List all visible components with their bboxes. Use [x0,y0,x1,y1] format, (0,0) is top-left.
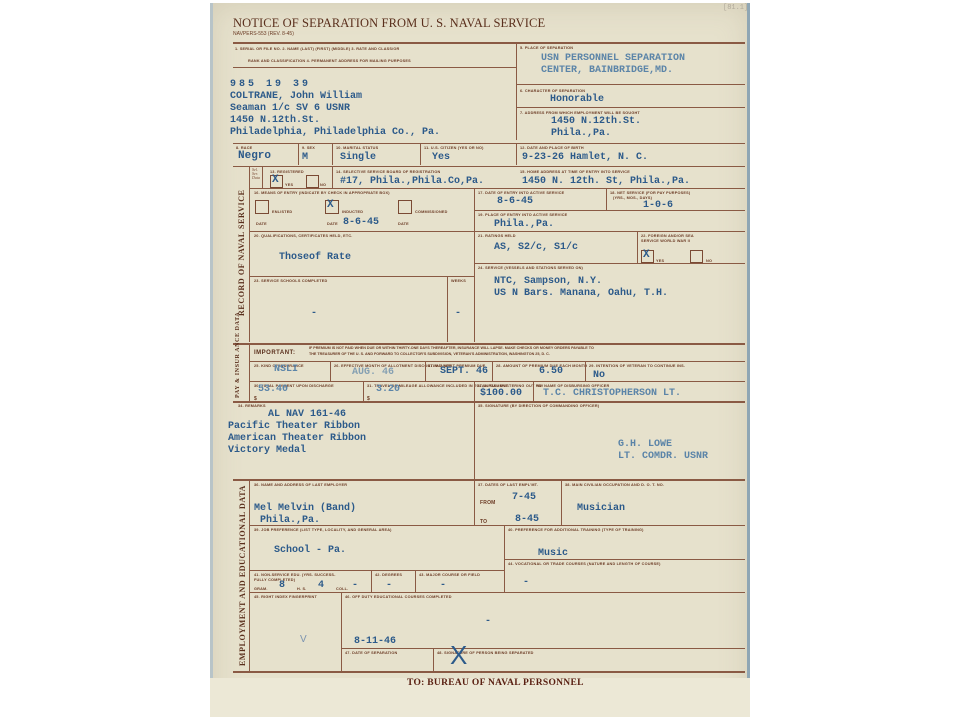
rule [249,231,745,232]
gram-value: 8 [279,580,285,593]
travel-allowance-value: 3.20 [376,383,400,396]
label-service-schools: 23. SERVICE SCHOOLS COMPLETED [254,279,327,284]
service-vessels-line1: NTC, Sampson, N.Y. [494,276,602,289]
inducted-label: INDUCTED [342,210,363,215]
top-rule [233,42,745,44]
rule [474,479,475,525]
important-label: IMPORTANT: [254,350,296,356]
rule [249,361,745,362]
registered-yes-checkbox[interactable]: X [270,175,283,188]
remarks-line2: Pacific Theater Ribbon [228,421,360,434]
inducted-checkbox[interactable]: X [325,200,339,214]
weeks-value: - [455,308,461,321]
selective-board-value: #17, Phila.,Phila.Co,Pa. [340,176,484,189]
date-entry-value: 8-6-45 [497,196,533,209]
label-foreign-service-2: SERVICE WORLD WAR II [641,239,690,244]
rule [249,479,250,671]
rule [516,143,517,165]
qualifications-value: Thoseof Rate [279,252,351,265]
rule [363,381,364,401]
inducted-check-mark: X [327,199,334,211]
rule [332,166,333,188]
section-label-pay-insurance: PAY & INSUR ANCE DATA [235,312,241,398]
marital-status-value: Single [340,152,376,165]
label-non-service-edu-1: 41. NON-SERVICE EDU. (YRS. SUCCESS- [254,573,336,578]
rule [474,210,745,211]
place-of-separation-line2: CENTER, BAINBRIDGE,MD. [541,64,673,77]
rule [249,570,504,571]
rule [415,570,416,592]
rule [516,107,745,108]
rule [504,559,745,560]
label-last-employer: 36. NAME AND ADDRESS OF LAST EMPLOYER [254,483,347,488]
enlisted-label: ENLISTED [272,210,292,215]
next-premium-value: SEPT. 46 [440,366,488,379]
enlisted-checkbox[interactable] [255,200,269,214]
rule [474,381,475,401]
label-major-course: 43. MAJOR COURSE OR FIELD [419,573,480,578]
foreign-service-yes-checkbox[interactable]: X [641,250,654,263]
officer-signature-title: LT. COMDR. USNR [618,450,708,463]
rule [249,166,250,342]
section-label-naval-service: RECORD OF NAVAL SERVICE [237,189,246,316]
label-citizen: 11. U.S. CITIZEN (YES OR NO) [424,146,484,151]
important-text-line1: IF PREMIUM IS NOT PAID WHEN DUE OR WITHI… [309,346,594,352]
race-value: Negro [238,150,271,164]
commissioned-date-label: DATE [398,222,409,227]
hs-value: 4 [318,580,324,593]
rule [533,381,534,401]
major-course-value: - [440,580,446,593]
service-vessels-line2: US N Bars. Manana, Oahu, T.H. [494,288,668,301]
label-net-service: 18. NET SERVICE (FOR PAY PURPOSES) [610,191,690,196]
label-dates-employment: 37. DATES OF LAST EMPL'MT. [478,483,538,488]
degrees-value: - [386,580,392,593]
rule [298,143,299,165]
rule [637,231,638,263]
service-schools-value: - [311,308,317,321]
citizen-value: Yes [432,152,450,165]
rule [262,166,263,188]
sex-value: M [302,152,308,165]
inducted-date-value: 8-6-45 [343,217,379,230]
total-payment-value: 53.40 [258,383,288,396]
label-sex: 9. SEX [302,146,315,151]
off-duty-courses-value: - [485,616,491,629]
label-degrees: 42. DEGREES [375,573,402,578]
rule [330,361,331,381]
label-character-of-separation: 6. CHARACTER OF SEPARATION [520,89,585,94]
label-officer-signature: 35. SIGNATURE (BY DIRECTION OF COMMANDIN… [478,404,599,409]
job-preference-value: School - Pa. [274,545,346,558]
disbursing-officer-value: T.C. CHRISTOPHERSON LT. [543,387,681,400]
label-date-of-separation: 47. DATE OF SEPARATION [345,651,398,656]
character-of-separation: Honorable [550,94,604,107]
rule [233,671,745,673]
main-occupation-value: Musician [577,503,625,516]
label-training-preference: 40. PREFERENCE FOR ADDITIONAL TRAINING (… [508,528,644,533]
rule [433,648,434,671]
label-means-of-entry: 16. MEANS OF ENTRY (INDICATE BY CHECK IN… [254,191,390,196]
form-number: NAVPERS-553 (REV. 8-45) [233,31,294,37]
home-address-value: 1450 N. 12th. St, Phila.,Pa. [522,176,690,189]
important-text-line2: THE TREASURER OF THE U. S. AND FORWARD T… [309,352,550,358]
birth-value: 9-23-26 Hamlet, N. C. [522,152,648,165]
label-ratings: 21. RATINGS HELD [478,234,516,239]
commissioned-checkbox[interactable] [398,200,412,214]
rule [516,84,745,85]
address-line1: 1450 N.12th.St. [230,115,320,128]
label-birth: 12. DATE AND PLACE OF BIRTH [520,146,584,151]
remarks-line4: Victory Medal [228,445,306,458]
sel-ser-data-label: Sel. Ser. Data [252,168,260,180]
label-job-preference: 39. JOB PREFERENCE (LIST TYPE, LOCALITY,… [254,528,392,533]
serial-number: 985 19 39 [230,79,311,92]
employment-address-line2: Phila.,Pa. [551,128,611,141]
rule [233,343,745,345]
effective-month-value: AUG. 46 [352,366,394,379]
paper-edge-left [210,3,213,717]
rule [249,188,745,189]
rule [606,188,607,210]
section-label-employment: EMPLOYMENT AND EDUCATIONAL DATA [238,485,247,666]
rule [233,143,745,144]
label-non-service-edu-2: FULLY COMPLETED) [254,578,295,583]
rule [332,143,333,165]
enlisted-date-label: DATE [256,222,267,227]
fingerprint-mark: V [300,634,307,645]
label-coll: COLL. [336,587,348,592]
rule [420,143,421,165]
rule [474,188,475,342]
label-intention: 29. INTENTION OF VETERAN TO CONTINUE INS… [589,364,685,369]
label-marital-status: 10. MARITAL STATUS [336,146,378,151]
header-label-line2: RANK AND CLASSIFICATION 4. PERMANENT ADD… [248,59,411,64]
label-employment-address: 7. ADDRESS FROM WHICH EMPLOYMENT WILL BE… [520,111,640,116]
vocational-value: - [523,577,529,590]
last-employer-line1: Mel Melvin (Band) [254,503,356,516]
registered-yes-label: YES [285,183,293,188]
label-hs: H. S. [297,587,306,592]
label-place-entry: 19. PLACE OF ENTRY INTO ACTIVE SERVICE [478,213,567,218]
ratings-value: AS, S2/c, S1/c [494,242,578,255]
rule [249,381,745,382]
label-from: FROM [480,500,496,506]
label-qualifications: 20. QUALIFICATIONS, CERTIFICATES HELD, E… [254,234,353,239]
corner-mark: [81.1] [723,4,748,12]
employment-from-value: 7-45 [512,492,536,505]
label-main-occupation: 38. MAIN CIVILIAN OCCUPATION AND D. O. T… [565,483,664,488]
rule [249,276,474,277]
form-title: NOTICE OF SEPARATION FROM U. S. NAVAL SE… [233,16,545,31]
insurance-kind-value: NSLI [274,363,298,376]
registered-check-mark: X [272,174,279,186]
rule [474,263,745,264]
rule [516,42,517,140]
label-selective-board: 14. SELECTIVE SERVICE BOARD OF REGISTRAT… [336,170,440,175]
label-service-vessels: 24. SERVICE (VESSELS AND STATIONS SERVED… [478,266,583,271]
label-foreign-service-1: 22. FOREIGN AND/OR SEA [641,234,694,239]
separated-signature-mark: X [450,640,467,671]
label-off-duty-courses: 46. OFF DUTY EDUCATIONAL COURSES COMPLET… [345,595,452,600]
label-weeks: WEEKS [451,279,466,284]
rule [233,67,516,68]
paper-edge-right [747,3,750,717]
premium-amount-value: 6.50 [539,366,563,379]
rule [233,401,745,403]
header-label-line1: 1. SERIAL OR FILE NO. 2. NAME (LAST) (FI… [235,47,400,52]
label-fingerprint: 45. RIGHT INDEX FINGERPRINT [254,595,317,600]
rule [233,479,745,481]
rule [341,592,342,671]
label-remarks: 34. REMARKS [238,404,266,409]
rule [249,592,745,593]
foreign-service-no-checkbox[interactable] [690,250,703,263]
label-place-of-separation: 5. PLACE OF SEPARATION [520,46,573,51]
registered-no-checkbox[interactable] [306,175,319,188]
remarks-line3: American Theater Ribbon [228,433,366,446]
rule [249,343,250,401]
label-date-entry: 17. DATE OF ENTRY INTO ACTIVE SERVICE [478,191,564,196]
rule [585,361,586,381]
label-gram: GRAM. [254,587,268,592]
name-field: COLTRANE, John William [230,91,362,104]
rule [425,361,426,381]
mustering-out-value: $100.00 [480,388,522,401]
address-line2: Philadelphia, Philadelphia Co., Pa. [230,127,440,140]
rule [233,166,745,167]
foreign-service-check-mark: X [643,249,650,261]
coll-value: - [352,580,358,593]
rule [341,648,745,649]
rule [371,570,372,592]
inducted-date-label: DATE [327,222,338,227]
rule [474,401,475,479]
footer-destination: TO: BUREAU OF NAVAL PERSONNEL [407,678,584,688]
place-entry-value: Phila.,Pa. [494,219,554,232]
date-of-separation-value: 8-11-46 [354,636,396,649]
rule [447,276,448,342]
commissioned-label: COMMISSIONED [415,210,448,215]
registered-no-label: NO [320,183,326,188]
remarks-line1: AL NAV 161-46 [268,409,346,422]
employment-address-line1: 1450 N.12th.St. [551,116,641,129]
label-vocational: 44. VOCATIONAL OR TRADE COURSES (NATURE … [508,562,661,567]
label-home-address: 15. HOME ADDRESS AT TIME OF ENTRY INTO S… [520,170,630,175]
rate-field: Seaman 1/c SV 6 USNR [230,103,350,116]
rule [249,525,745,526]
rule [561,479,562,525]
rule [492,361,493,381]
